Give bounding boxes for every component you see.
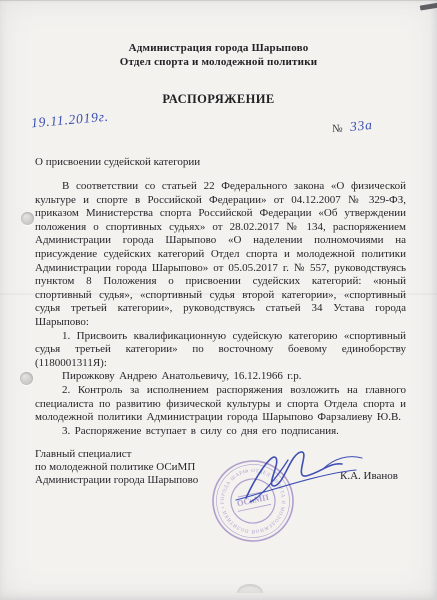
signature-position-block: Главный специалист по молодежной политик… xyxy=(35,448,198,488)
scan-top-edge xyxy=(0,0,437,1)
document-body: В соответствии со статьей 22 Федеральног… xyxy=(35,180,406,438)
paragraph-preamble: В соответствии со статьей 22 Федеральног… xyxy=(35,180,406,330)
number-sign: № xyxy=(332,123,343,135)
org-header: Администрация города Шарыпово Отдел спор… xyxy=(0,42,437,69)
org-name-line2: Отдел спорта и молодежной политики xyxy=(0,56,437,70)
handwritten-number: 33а xyxy=(349,117,373,135)
paragraph-item-3: 3. Распоряжение вступает в силу со дня е… xyxy=(35,425,406,439)
paragraph-item-2: 2. Контроль за исполнением распоряжения … xyxy=(35,384,406,425)
signer-position-line3: Администрации города Шарыпово xyxy=(35,474,198,487)
signer-position-line2: по молодежной политике ОСиМП xyxy=(35,461,198,474)
document-title: РАСПОРЯЖЕНИЕ xyxy=(0,92,437,107)
paragraph-item-1: 1. Присвоить квалификационную судейскую … xyxy=(35,330,406,371)
org-name-line1: Администрация города Шарыпово xyxy=(0,42,437,56)
hole-punch-bottom xyxy=(20,372,33,385)
hole-punch-top xyxy=(21,212,34,225)
signer-position-line1: Главный специалист xyxy=(35,448,198,461)
hole-punch-edge xyxy=(237,584,263,593)
paragraph-awardee: Пирожкову Андрею Анатольевичу, 16.12.196… xyxy=(35,370,406,384)
ink-signature-icon xyxy=(226,442,376,506)
document-subject: О присвоении судейской категории xyxy=(35,156,200,168)
scanned-document-page: Администрация города Шарыпово Отдел спор… xyxy=(0,0,437,600)
handwritten-date: 19.11.2019г. xyxy=(30,109,109,132)
scan-corner-artifact xyxy=(420,2,437,10)
